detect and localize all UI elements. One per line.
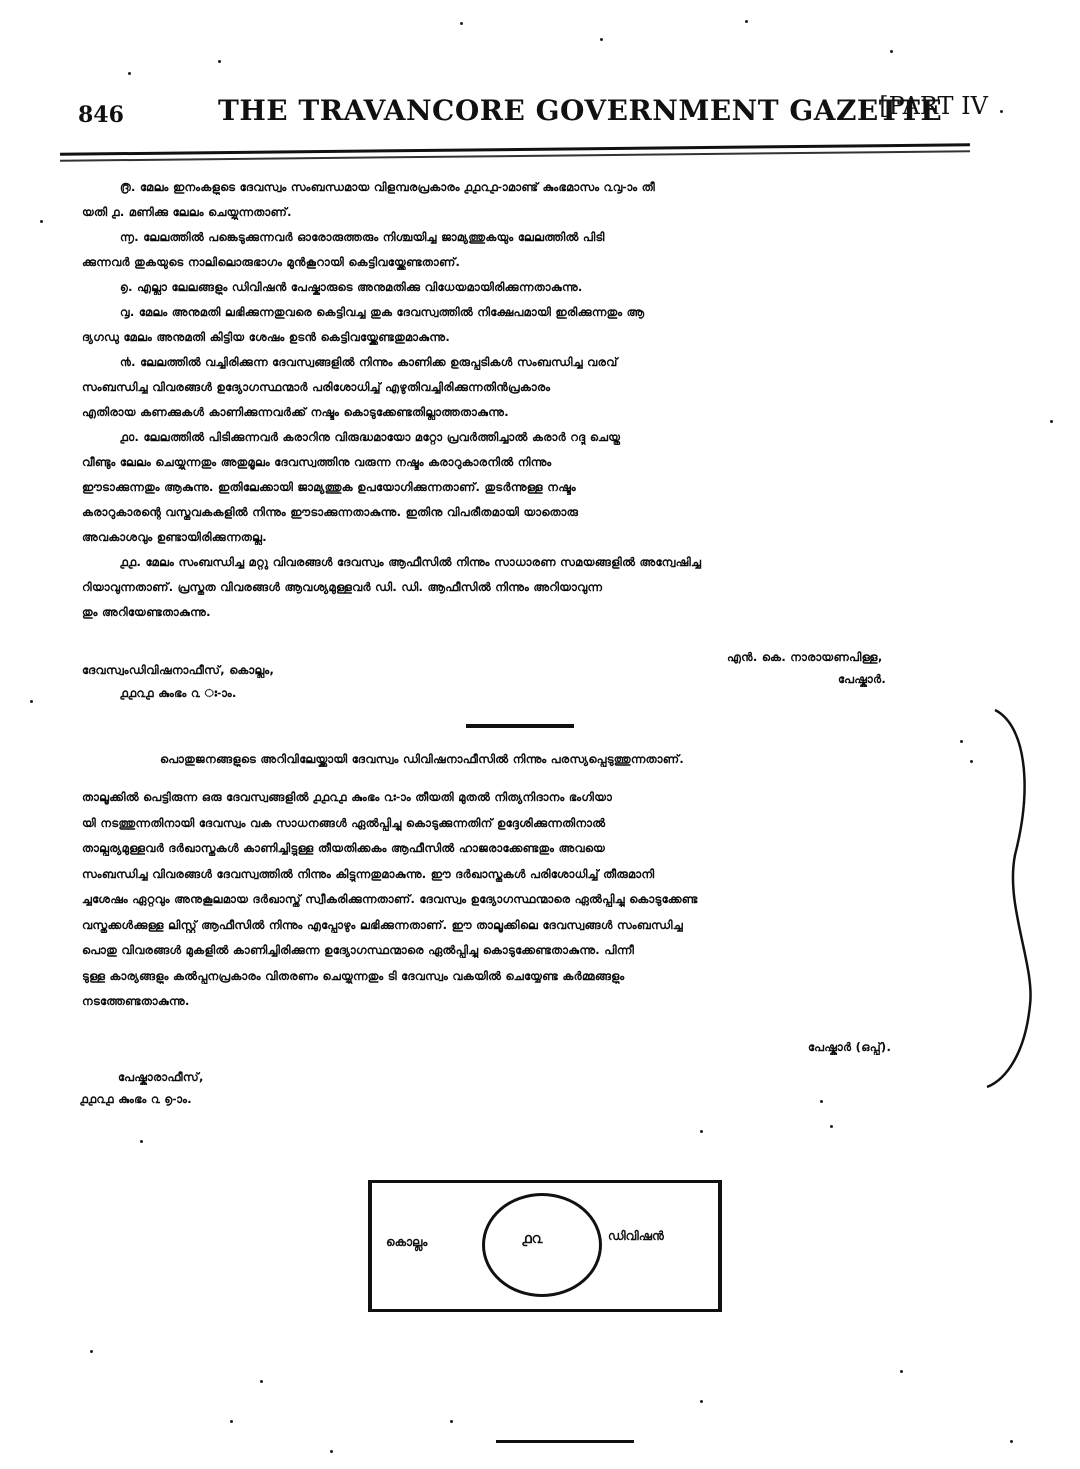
margin-brace-mark bbox=[985, 705, 1045, 1090]
text-line: യി നടത്തുന്നതിനായി ദേവസ്വം വക സാധനങ്ങൾ ഏ… bbox=[82, 816, 975, 831]
notice-1-signatory: എൻ. കെ. നാരായണപിള്ള, bbox=[727, 650, 883, 665]
text-line: ച്ചശേഷം ഏറ്റവും അനുകൂലമായ ദർഖാസ്ത് സ്വീക… bbox=[82, 892, 975, 907]
text-line: ൧൦. ലേലത്തിൽ പിടിക്കുന്നവർ കരാറിനു വിരുദ… bbox=[120, 430, 975, 445]
text-line: കരാറുകാരന്റെ വസ്തുവകകളിൽ നിന്നും ഈടാക്കു… bbox=[82, 505, 975, 520]
notice-2-date: ൧൧൨൧ കുംഭം ൨ ൭-ാം. bbox=[80, 1092, 192, 1107]
text-line: റിയാവുന്നതാണ്. പ്രസ്തുത വിവരങ്ങൾ ആവശ്യമു… bbox=[82, 580, 975, 595]
gazette-header: 846 THE TRAVANCORE GOVERNMENT GAZETTE [P… bbox=[78, 88, 988, 128]
notice-2-office: പേഷ്കാരാഫീസ്, bbox=[118, 1070, 204, 1085]
text-line: താലൂക്കിൽ പെട്ടിരുന്ന ഒരു ദേവസ്വങ്ങളിൽ ൧… bbox=[82, 790, 975, 805]
text-line: ൧൧. മേലം സംബന്ധിച്ച മറ്റു വിവരങ്ങൾ ദേവസ്… bbox=[120, 555, 975, 570]
text-line: ൯. ലേലത്തിൽ വച്ചിരിക്കുന്ന ദേവസ്വങ്ങളിൽ … bbox=[120, 355, 975, 370]
text-line: സംബന്ധിച്ച വിവരങ്ങൾ ദേവസ്വത്തിൽ നിന്നും … bbox=[82, 867, 975, 882]
stamp-right-text: ഡിവിഷൻ bbox=[608, 1229, 664, 1244]
page-number: 846 bbox=[78, 102, 124, 128]
section-divider bbox=[466, 724, 574, 728]
text-line: ൬. ലേലത്തിൽ പങ്കെടുക്കുന്നവർ ഓരോരുത്തരും… bbox=[120, 230, 975, 245]
seal-stamp: കൊല്ലം ൧൨ ഡിവിഷൻ bbox=[368, 1180, 722, 1312]
text-line: ൭. എല്ലാ ലേലങ്ങളും ഡിവിഷൻ പേഷ്കാരുടെ അനു… bbox=[120, 280, 975, 295]
text-line: പൊതു വിവരങ്ങൾ മുകളിൽ കാണിച്ചിരിക്കുന്ന ഉ… bbox=[82, 943, 975, 958]
notice-2-heading: പൊതുജനങ്ങളുടെ അറിവിലേയ്ക്കായി ദേവസ്വം ഡി… bbox=[160, 752, 684, 767]
text-line: യതി ൧. മണിക്കു ലേലം ചെയ്യുന്നതാണ്. bbox=[82, 205, 975, 220]
stamp-center-text: ൧൨ bbox=[522, 1231, 542, 1247]
text-line: ടുള്ള കാര്യങ്ങളും കൽപ്പനപ്രകാരം വിതരണം ച… bbox=[82, 969, 975, 984]
text-line: ൮. മേലം അനുമതി ലഭിക്കുന്നതുവരെ കെട്ടിവച്… bbox=[120, 305, 975, 320]
stamp-left-text: കൊല്ലം bbox=[386, 1235, 427, 1250]
text-line: അവകാശവും ഉണ്ടായിരിക്കുന്നതല്ല. bbox=[82, 530, 975, 545]
text-line: ക്കുന്നവർ തുകയുടെ നാലിലൊരുഭാഗം മുൻകൂറായി… bbox=[82, 255, 975, 270]
text-line: എതിരായ കണക്കുകൾ കാണിക്കുന്നവർക്ക് നഷ്ടം … bbox=[82, 405, 975, 420]
gazette-title: THE TRAVANCORE GOVERNMENT GAZETTE bbox=[218, 94, 942, 127]
text-line: ൫. മേലം ഇനംകളുടെ ദേവസ്വം സംബന്ധമായ വിളമ്… bbox=[120, 180, 975, 195]
text-line: നടത്തേണ്ടതാകുന്നു. bbox=[82, 994, 975, 1009]
notice-1-designation: പേഷ്കാർ. bbox=[838, 672, 886, 687]
notice-1-office: ദേവസ്വംഡിവിഷനാഫീസ്, കൊല്ലം, bbox=[82, 663, 274, 678]
footer-rule bbox=[496, 1440, 634, 1443]
text-line: വീണ്ടും ലേലം ചെയ്യുന്നതും അതുമൂലം ദേവസ്വ… bbox=[82, 455, 975, 470]
text-line: വസ്തുക്കൾക്കുള്ള ലിസ്റ്റ് ആഫീസിൽ നിന്നും… bbox=[82, 918, 975, 933]
text-line: താല്പര്യമുള്ളവർ ദർഖാസ്തുകൾ കാണിച്ചിട്ടുള… bbox=[82, 841, 975, 856]
text-line: ദ്യഗഡു മേലം അനുമതി കിട്ടിയ ശേഷം ഉടൻ കെട്… bbox=[82, 330, 975, 345]
notice-2-signatory: പേഷ്കാർ (ഒപ്പ്). bbox=[808, 1040, 891, 1055]
notice-1-date: ൧൧൨൧ കുംഭം ൨ ഃ-ാം. bbox=[120, 686, 237, 701]
text-line: സംബന്ധിച്ച വിവരങ്ങൾ ഉദ്യോഗസ്ഥന്മാർ പരിശോ… bbox=[82, 380, 975, 395]
part-label: [PART IV bbox=[879, 92, 988, 120]
header-rule bbox=[60, 143, 970, 156]
text-line: തും അറിയേണ്ടതാകുന്നു. bbox=[82, 605, 975, 620]
text-line: ഈടാക്കുന്നതും ആകുന്നു. ഇതിലേക്കായി ജാമ്യ… bbox=[82, 480, 975, 495]
